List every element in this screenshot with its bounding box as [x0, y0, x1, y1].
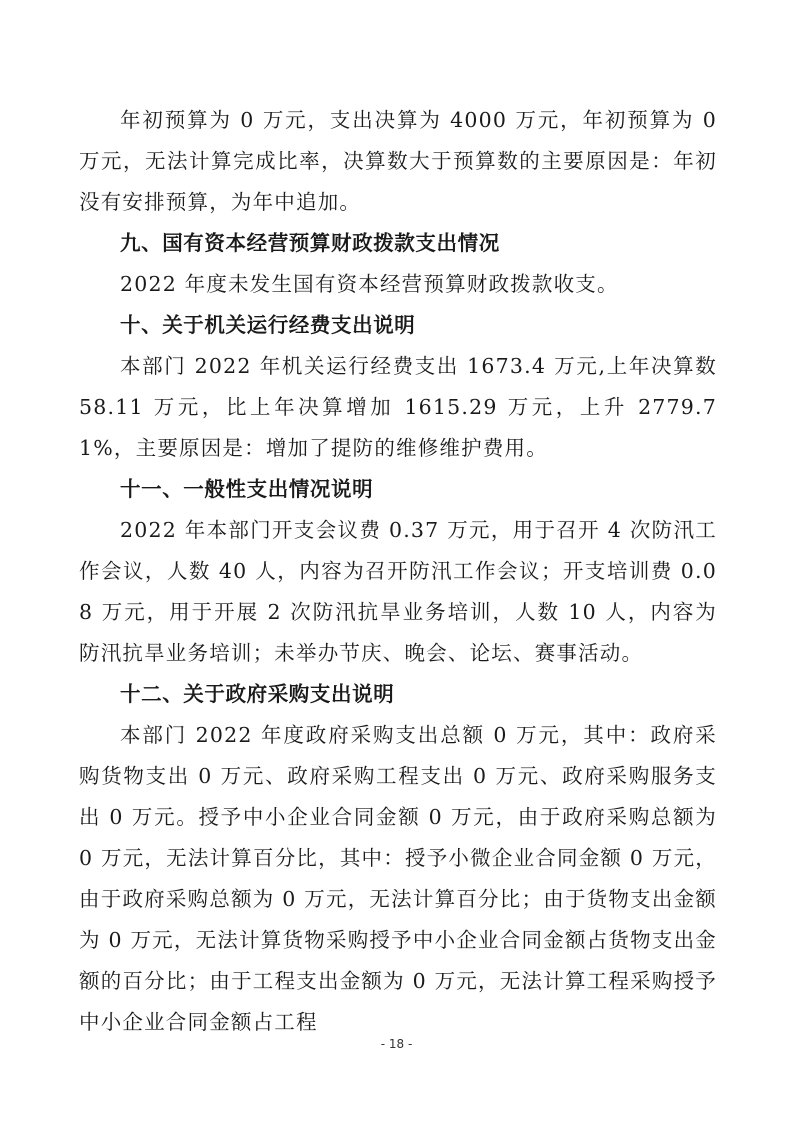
document-page: 年初预算为 0 万元，支出决算为 4000 万元，年初预算为 0 万元，无法计算…: [79, 100, 717, 1043]
paragraph-operating-expenses: 本部门 2022 年机关运行经费支出 1673.4 万元,上年决算数 58.11…: [79, 346, 717, 469]
page-number: - 18 -: [0, 1037, 793, 1051]
section-heading-10: 十、关于机关运行经费支出说明: [79, 305, 717, 346]
paragraph-procurement: 本部门 2022 年度政府采购支出总额 0 万元，其中：政府采购货物支出 0 万…: [79, 715, 717, 1043]
section-heading-12: 十二、关于政府采购支出说明: [79, 674, 717, 715]
paragraph-state-capital: 2022 年度未发生国有资本经营预算财政拨款收支。: [79, 264, 717, 305]
section-heading-9: 九、国有资本经营预算财政拨款支出情况: [79, 223, 717, 264]
section-heading-11: 十一、一般性支出情况说明: [79, 469, 717, 510]
paragraph-general-expenses: 2022 年本部门开支会议费 0.37 万元，用于召开 4 次防汛工作会议，人数…: [79, 510, 717, 674]
paragraph-budget-note: 年初预算为 0 万元，支出决算为 4000 万元，年初预算为 0 万元，无法计算…: [79, 100, 717, 223]
